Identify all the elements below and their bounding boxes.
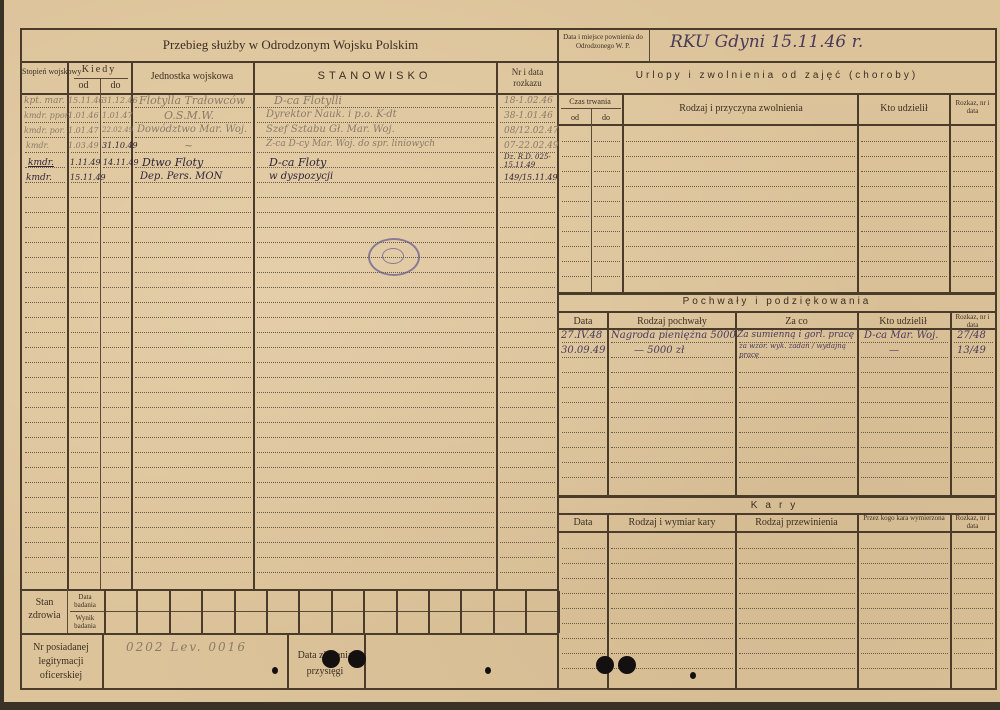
ruling-line bbox=[257, 497, 494, 498]
ruling-line bbox=[611, 447, 733, 448]
ruling-line bbox=[500, 542, 555, 543]
ruling-line bbox=[500, 287, 555, 288]
reporting-bottom-line bbox=[559, 61, 995, 63]
row-2-from: 1.01.47 bbox=[68, 126, 99, 135]
praise-col-date: Data bbox=[560, 316, 606, 327]
ruling-line bbox=[71, 272, 98, 273]
ruling-line bbox=[257, 152, 494, 153]
ruling-line bbox=[739, 548, 855, 549]
leave-divider-kind bbox=[857, 93, 859, 292]
ruling-line bbox=[103, 437, 129, 438]
ruling-line bbox=[257, 302, 494, 303]
ruling-line bbox=[135, 392, 251, 393]
ruling-line bbox=[135, 527, 251, 528]
ruling-line bbox=[562, 141, 589, 142]
ruling-line bbox=[562, 156, 589, 157]
praise-row-0-for: Za sumienną i gorl. pracę bbox=[737, 330, 854, 340]
ruling-line bbox=[861, 638, 948, 639]
ruling-line bbox=[135, 467, 251, 468]
ruling-line bbox=[25, 557, 65, 558]
reporting-value: RKU Gdyni 15.11.46 r. bbox=[670, 32, 863, 52]
ruling-line bbox=[135, 497, 251, 498]
ruling-line bbox=[25, 272, 65, 273]
ruling-line bbox=[562, 342, 605, 343]
officer-id-value: 0202 Lev. 0016 bbox=[126, 640, 247, 654]
ruling-line bbox=[71, 167, 98, 168]
ruling-line bbox=[861, 668, 948, 669]
kiedy-underline bbox=[74, 78, 128, 79]
ruling-line bbox=[739, 417, 855, 418]
ruling-line bbox=[611, 462, 733, 463]
ruling-line bbox=[103, 302, 129, 303]
ruling-line bbox=[103, 287, 129, 288]
ruling-line bbox=[71, 257, 98, 258]
ruling-line bbox=[257, 347, 494, 348]
ruling-line bbox=[135, 302, 251, 303]
ruling-line bbox=[500, 122, 555, 123]
ruling-line bbox=[739, 578, 855, 579]
leave-col-to: do bbox=[591, 113, 621, 122]
bottom-border bbox=[20, 688, 997, 690]
ruling-line bbox=[954, 668, 993, 669]
praise-row-1-order: 13/49 bbox=[957, 345, 986, 356]
ruling-line bbox=[25, 377, 65, 378]
leave-divider-duration bbox=[622, 93, 624, 292]
ruling-line bbox=[861, 593, 948, 594]
ruling-line bbox=[861, 171, 947, 172]
ruling-line bbox=[562, 653, 605, 654]
health-grid-line bbox=[493, 591, 495, 633]
praise-row-1-kind: — 5000 zł bbox=[634, 345, 684, 356]
ruling-line bbox=[500, 422, 555, 423]
health-grid-line bbox=[266, 591, 268, 633]
ruling-line bbox=[739, 387, 855, 388]
praise-row-0-order: 27/48 bbox=[957, 330, 986, 341]
ruling-line bbox=[953, 246, 993, 247]
praise-col-kind: Rodzaj pochwały bbox=[608, 316, 736, 327]
ruling-line bbox=[954, 402, 993, 403]
ruling-line bbox=[861, 402, 948, 403]
ruling-line bbox=[954, 578, 993, 579]
ruling-line bbox=[954, 342, 993, 343]
ruling-line bbox=[25, 407, 65, 408]
ruling-line bbox=[71, 347, 98, 348]
row-5-unit: Dep. Pers. MON bbox=[140, 171, 222, 182]
ruling-line bbox=[135, 107, 251, 108]
health-exam-date-label: Data badania bbox=[68, 593, 102, 609]
ruling-line bbox=[562, 261, 589, 262]
punch-hole bbox=[348, 650, 366, 668]
ruling-line bbox=[135, 557, 251, 558]
ruling-line bbox=[103, 332, 129, 333]
ruling-line bbox=[25, 512, 65, 513]
ruling-line bbox=[954, 432, 993, 433]
ruling-line bbox=[500, 347, 555, 348]
ruling-line bbox=[71, 182, 98, 183]
ruling-line bbox=[103, 362, 129, 363]
penalty-header-bottom bbox=[559, 531, 995, 533]
row-1-position: Dyrektor Nauk. i p.o. K-dt bbox=[266, 109, 397, 120]
ruling-line bbox=[562, 432, 605, 433]
penalty-divider-kind bbox=[735, 513, 737, 688]
row-2-to: 22.02.49 bbox=[102, 126, 133, 134]
row-4-unit: Dtwo Floty bbox=[142, 156, 203, 169]
ruling-line bbox=[500, 227, 555, 228]
ruling-line bbox=[954, 593, 993, 594]
ruling-line bbox=[257, 482, 494, 483]
ruling-line bbox=[861, 231, 947, 232]
ruling-line bbox=[500, 482, 555, 483]
ruling-line bbox=[861, 276, 947, 277]
ruling-line bbox=[25, 497, 65, 498]
ruling-line bbox=[103, 122, 129, 123]
ruling-line bbox=[25, 257, 65, 258]
ruling-line bbox=[739, 623, 855, 624]
row-0-position: D-ca Flotylli bbox=[274, 94, 342, 107]
ruling-line bbox=[135, 482, 251, 483]
row-1-to: 1.01.47 bbox=[102, 111, 133, 120]
health-grid-line bbox=[525, 591, 527, 633]
ruling-line bbox=[25, 527, 65, 528]
ruling-line bbox=[739, 638, 855, 639]
ruling-line bbox=[594, 276, 620, 277]
ruling-line bbox=[562, 447, 605, 448]
header-top-line bbox=[22, 61, 557, 63]
officer-id-divider bbox=[102, 633, 104, 688]
punch-mark bbox=[485, 667, 491, 674]
ruling-line bbox=[953, 171, 993, 172]
ruling-line bbox=[257, 422, 494, 423]
ruling-line bbox=[861, 201, 947, 202]
penalty-divider-imposed bbox=[950, 513, 952, 688]
ruling-line bbox=[954, 357, 993, 358]
ruling-line bbox=[500, 377, 555, 378]
ruling-line bbox=[626, 171, 855, 172]
ruling-line bbox=[135, 512, 251, 513]
ruling-line bbox=[611, 432, 733, 433]
ruling-line bbox=[562, 246, 589, 247]
ruling-line bbox=[25, 332, 65, 333]
ruling-line bbox=[135, 152, 251, 153]
health-grid-line bbox=[363, 591, 365, 633]
ruling-line bbox=[25, 317, 65, 318]
ruling-line bbox=[103, 347, 129, 348]
ruling-line bbox=[562, 563, 605, 564]
ruling-line bbox=[25, 542, 65, 543]
ruling-line bbox=[954, 548, 993, 549]
leave-bottom-line bbox=[559, 292, 995, 295]
ruling-line bbox=[103, 257, 129, 258]
officer-id-label: Nr posiadanej legitymacji oficerskiej bbox=[22, 641, 100, 683]
row-5-position: w dyspozycji bbox=[269, 171, 333, 182]
ruling-line bbox=[257, 107, 494, 108]
row-1-rank: kmdr. ppor. bbox=[24, 111, 70, 120]
ruling-line bbox=[25, 122, 65, 123]
ruling-line bbox=[135, 287, 251, 288]
col-header-to: do bbox=[100, 80, 131, 91]
row-0-order: 18-1.02.46 bbox=[504, 96, 553, 106]
ruling-line bbox=[594, 261, 620, 262]
ruling-line bbox=[739, 462, 855, 463]
ruling-line bbox=[103, 407, 129, 408]
ruling-line bbox=[953, 231, 993, 232]
ruling-line bbox=[626, 231, 855, 232]
ruling-line bbox=[103, 482, 129, 483]
ruling-line bbox=[257, 467, 494, 468]
ruling-line bbox=[861, 563, 948, 564]
ruling-line bbox=[103, 392, 129, 393]
ruling-line bbox=[500, 302, 555, 303]
ruling-line bbox=[103, 152, 129, 153]
ruling-line bbox=[500, 332, 555, 333]
leave-section-title: Urlopy i zwolnienia od zajęć (choroby) bbox=[559, 70, 995, 81]
ruling-line bbox=[25, 242, 65, 243]
ruling-line bbox=[71, 542, 98, 543]
praise-row-1-date: 30.09.49 bbox=[561, 345, 606, 356]
ruling-line bbox=[25, 212, 65, 213]
health-grid-line bbox=[428, 591, 430, 633]
ruling-line bbox=[71, 287, 98, 288]
ruling-line bbox=[953, 216, 993, 217]
ruling-line bbox=[611, 372, 733, 373]
ruling-line bbox=[954, 372, 993, 373]
health-grid-line bbox=[169, 591, 171, 633]
ruling-line bbox=[135, 227, 251, 228]
ruling-line bbox=[103, 242, 129, 243]
ruling-line bbox=[71, 242, 98, 243]
penalty-col-kind: Rodzaj i wymiar kary bbox=[608, 517, 736, 528]
row-3-order: 07-22.02.49 bbox=[504, 141, 559, 151]
ruling-line bbox=[135, 572, 251, 573]
ruling-line bbox=[739, 563, 855, 564]
ruling-line bbox=[103, 467, 129, 468]
ruling-line bbox=[594, 156, 620, 157]
leave-col-granted-by: Kto udzielił bbox=[858, 103, 950, 114]
ruling-line bbox=[135, 332, 251, 333]
ruling-line bbox=[25, 392, 65, 393]
ruling-line bbox=[500, 527, 555, 528]
ruling-line bbox=[562, 593, 605, 594]
ruling-line bbox=[626, 261, 855, 262]
ruling-line bbox=[135, 542, 251, 543]
praise-row-0-kind: Nagroda pieniężna 5000 bbox=[611, 330, 736, 341]
ruling-line bbox=[103, 212, 129, 213]
ruling-line bbox=[500, 197, 555, 198]
col-divider-position bbox=[496, 61, 498, 589]
ruling-line bbox=[739, 668, 855, 669]
ruling-line bbox=[562, 357, 605, 358]
ruling-line bbox=[71, 317, 98, 318]
ruling-line bbox=[562, 216, 589, 217]
ruling-line bbox=[954, 462, 993, 463]
health-grid-line bbox=[234, 591, 236, 633]
ruling-line bbox=[25, 482, 65, 483]
ruling-line bbox=[25, 422, 65, 423]
row-3-position: Z-ca D-cy Mar. Woj. do spr. liniowych bbox=[266, 139, 435, 149]
ruling-line bbox=[135, 182, 251, 183]
ruling-line bbox=[71, 512, 98, 513]
punch-mark bbox=[690, 672, 696, 679]
ruling-line bbox=[626, 156, 855, 157]
right-top-border bbox=[557, 28, 997, 30]
leave-divider-granted bbox=[949, 93, 951, 292]
ruling-line bbox=[25, 437, 65, 438]
ruling-line bbox=[500, 497, 555, 498]
ruling-line bbox=[135, 242, 251, 243]
health-grid-line bbox=[201, 591, 203, 633]
right-outer-border bbox=[995, 28, 997, 690]
penalty-col-date: Data bbox=[560, 517, 606, 528]
ruling-line bbox=[562, 417, 605, 418]
ruling-line bbox=[135, 212, 251, 213]
praise-header-top bbox=[559, 311, 995, 313]
ruling-line bbox=[25, 347, 65, 348]
ruling-line bbox=[861, 548, 948, 549]
ruling-line bbox=[25, 302, 65, 303]
ruling-line bbox=[135, 137, 251, 138]
ruling-line bbox=[135, 377, 251, 378]
ruling-line bbox=[257, 332, 494, 333]
row-2-position: Szef Sztabu Gł. Mar. Woj. bbox=[266, 124, 395, 135]
ruling-line bbox=[500, 557, 555, 558]
ruling-line bbox=[257, 362, 494, 363]
health-grid-line bbox=[396, 591, 398, 633]
leave-header-top bbox=[559, 93, 995, 95]
praise-divider-granted bbox=[950, 311, 952, 496]
ruling-line bbox=[861, 372, 948, 373]
ruling-line bbox=[103, 497, 129, 498]
praise-row-1-for: za wzór. wyk. zadań / wydajną pracę bbox=[739, 342, 855, 360]
ruling-line bbox=[611, 477, 733, 478]
ruling-line bbox=[71, 557, 98, 558]
ruling-line bbox=[71, 152, 98, 153]
ruling-line bbox=[861, 417, 948, 418]
health-grid-line bbox=[331, 591, 333, 633]
ruling-line bbox=[953, 186, 993, 187]
ruling-line bbox=[135, 452, 251, 453]
ruling-line bbox=[611, 608, 733, 609]
col-header-order: Nr i data rozkazu bbox=[498, 67, 557, 89]
ruling-line bbox=[71, 122, 98, 123]
ruling-line bbox=[594, 201, 620, 202]
ruling-line bbox=[71, 392, 98, 393]
ruling-line bbox=[257, 512, 494, 513]
ruling-line bbox=[500, 182, 555, 183]
health-top-line bbox=[22, 589, 557, 591]
ruling-line bbox=[953, 141, 993, 142]
ruling-line bbox=[103, 452, 129, 453]
punch-mark bbox=[272, 667, 278, 674]
ruling-line bbox=[594, 186, 620, 187]
ruling-line bbox=[861, 261, 947, 262]
leave-col-order: Rozkaz, nr i data bbox=[950, 99, 995, 115]
ruling-line bbox=[257, 452, 494, 453]
ruling-line bbox=[25, 467, 65, 468]
col-header-unit: Jednostka wojskowa bbox=[131, 71, 253, 82]
ruling-line bbox=[500, 272, 555, 273]
ruling-line bbox=[954, 608, 993, 609]
ruling-line bbox=[594, 216, 620, 217]
ruling-line bbox=[257, 317, 494, 318]
ruling-line bbox=[257, 182, 494, 183]
leave-header-bottom bbox=[559, 124, 995, 126]
col-header-when: Kiedy bbox=[67, 64, 131, 75]
ruling-line bbox=[611, 578, 733, 579]
ruling-line bbox=[135, 197, 251, 198]
ruling-line bbox=[953, 156, 993, 157]
col-divider-unit bbox=[253, 61, 255, 589]
ruling-line bbox=[500, 437, 555, 438]
health-grid-line bbox=[298, 591, 300, 633]
ruling-line bbox=[594, 141, 620, 142]
row-2-order: 08/12.02.47 bbox=[504, 126, 559, 136]
ruling-line bbox=[954, 387, 993, 388]
ruling-line bbox=[954, 447, 993, 448]
ruling-line bbox=[25, 287, 65, 288]
ruling-line bbox=[71, 482, 98, 483]
row-1-order: 38-1.01.46 bbox=[504, 111, 553, 121]
ruling-line bbox=[611, 653, 733, 654]
col-header-from: od bbox=[67, 80, 100, 91]
ruling-line bbox=[954, 563, 993, 564]
ruling-line bbox=[71, 467, 98, 468]
ruling-line bbox=[562, 608, 605, 609]
ruling-line bbox=[954, 477, 993, 478]
ruling-line bbox=[953, 276, 993, 277]
ruling-line bbox=[135, 317, 251, 318]
ruling-line bbox=[103, 182, 129, 183]
ruling-line bbox=[861, 477, 948, 478]
ruling-line bbox=[611, 387, 733, 388]
ruling-line bbox=[257, 527, 494, 528]
health-grid-line bbox=[104, 591, 106, 633]
ruling-line bbox=[861, 216, 947, 217]
ruling-line bbox=[626, 141, 855, 142]
ruling-line bbox=[739, 432, 855, 433]
left-top-border bbox=[20, 28, 561, 30]
ruling-line bbox=[25, 152, 65, 153]
ruling-line bbox=[25, 137, 65, 138]
ruling-line bbox=[257, 137, 494, 138]
reporting-label: Data i miejsce pownienia do Odrodzonego … bbox=[560, 33, 646, 51]
ruling-line bbox=[562, 638, 605, 639]
ruling-line bbox=[861, 246, 947, 247]
ruling-line bbox=[71, 437, 98, 438]
ruling-line bbox=[500, 212, 555, 213]
row-5-rank: kmdr. bbox=[26, 173, 52, 183]
row-3-from: 1.03.49 bbox=[68, 141, 99, 150]
ruling-line bbox=[562, 462, 605, 463]
ruling-line bbox=[257, 542, 494, 543]
penalty-col-order: Rozkaz, nr i data bbox=[950, 514, 995, 530]
ruling-line bbox=[71, 227, 98, 228]
ruling-line bbox=[594, 231, 620, 232]
ruling-line bbox=[103, 167, 129, 168]
ruling-line bbox=[257, 407, 494, 408]
health-grid-line bbox=[558, 591, 560, 633]
health-grid-line bbox=[460, 591, 462, 633]
ruling-line bbox=[500, 467, 555, 468]
ruling-line bbox=[500, 317, 555, 318]
health-mid-line bbox=[70, 611, 557, 612]
ruling-line bbox=[611, 417, 733, 418]
ruling-line bbox=[562, 402, 605, 403]
ruling-line bbox=[954, 638, 993, 639]
ruling-line bbox=[257, 272, 494, 273]
ruling-line bbox=[953, 261, 993, 262]
ruling-line bbox=[135, 362, 251, 363]
ruling-line bbox=[611, 638, 733, 639]
